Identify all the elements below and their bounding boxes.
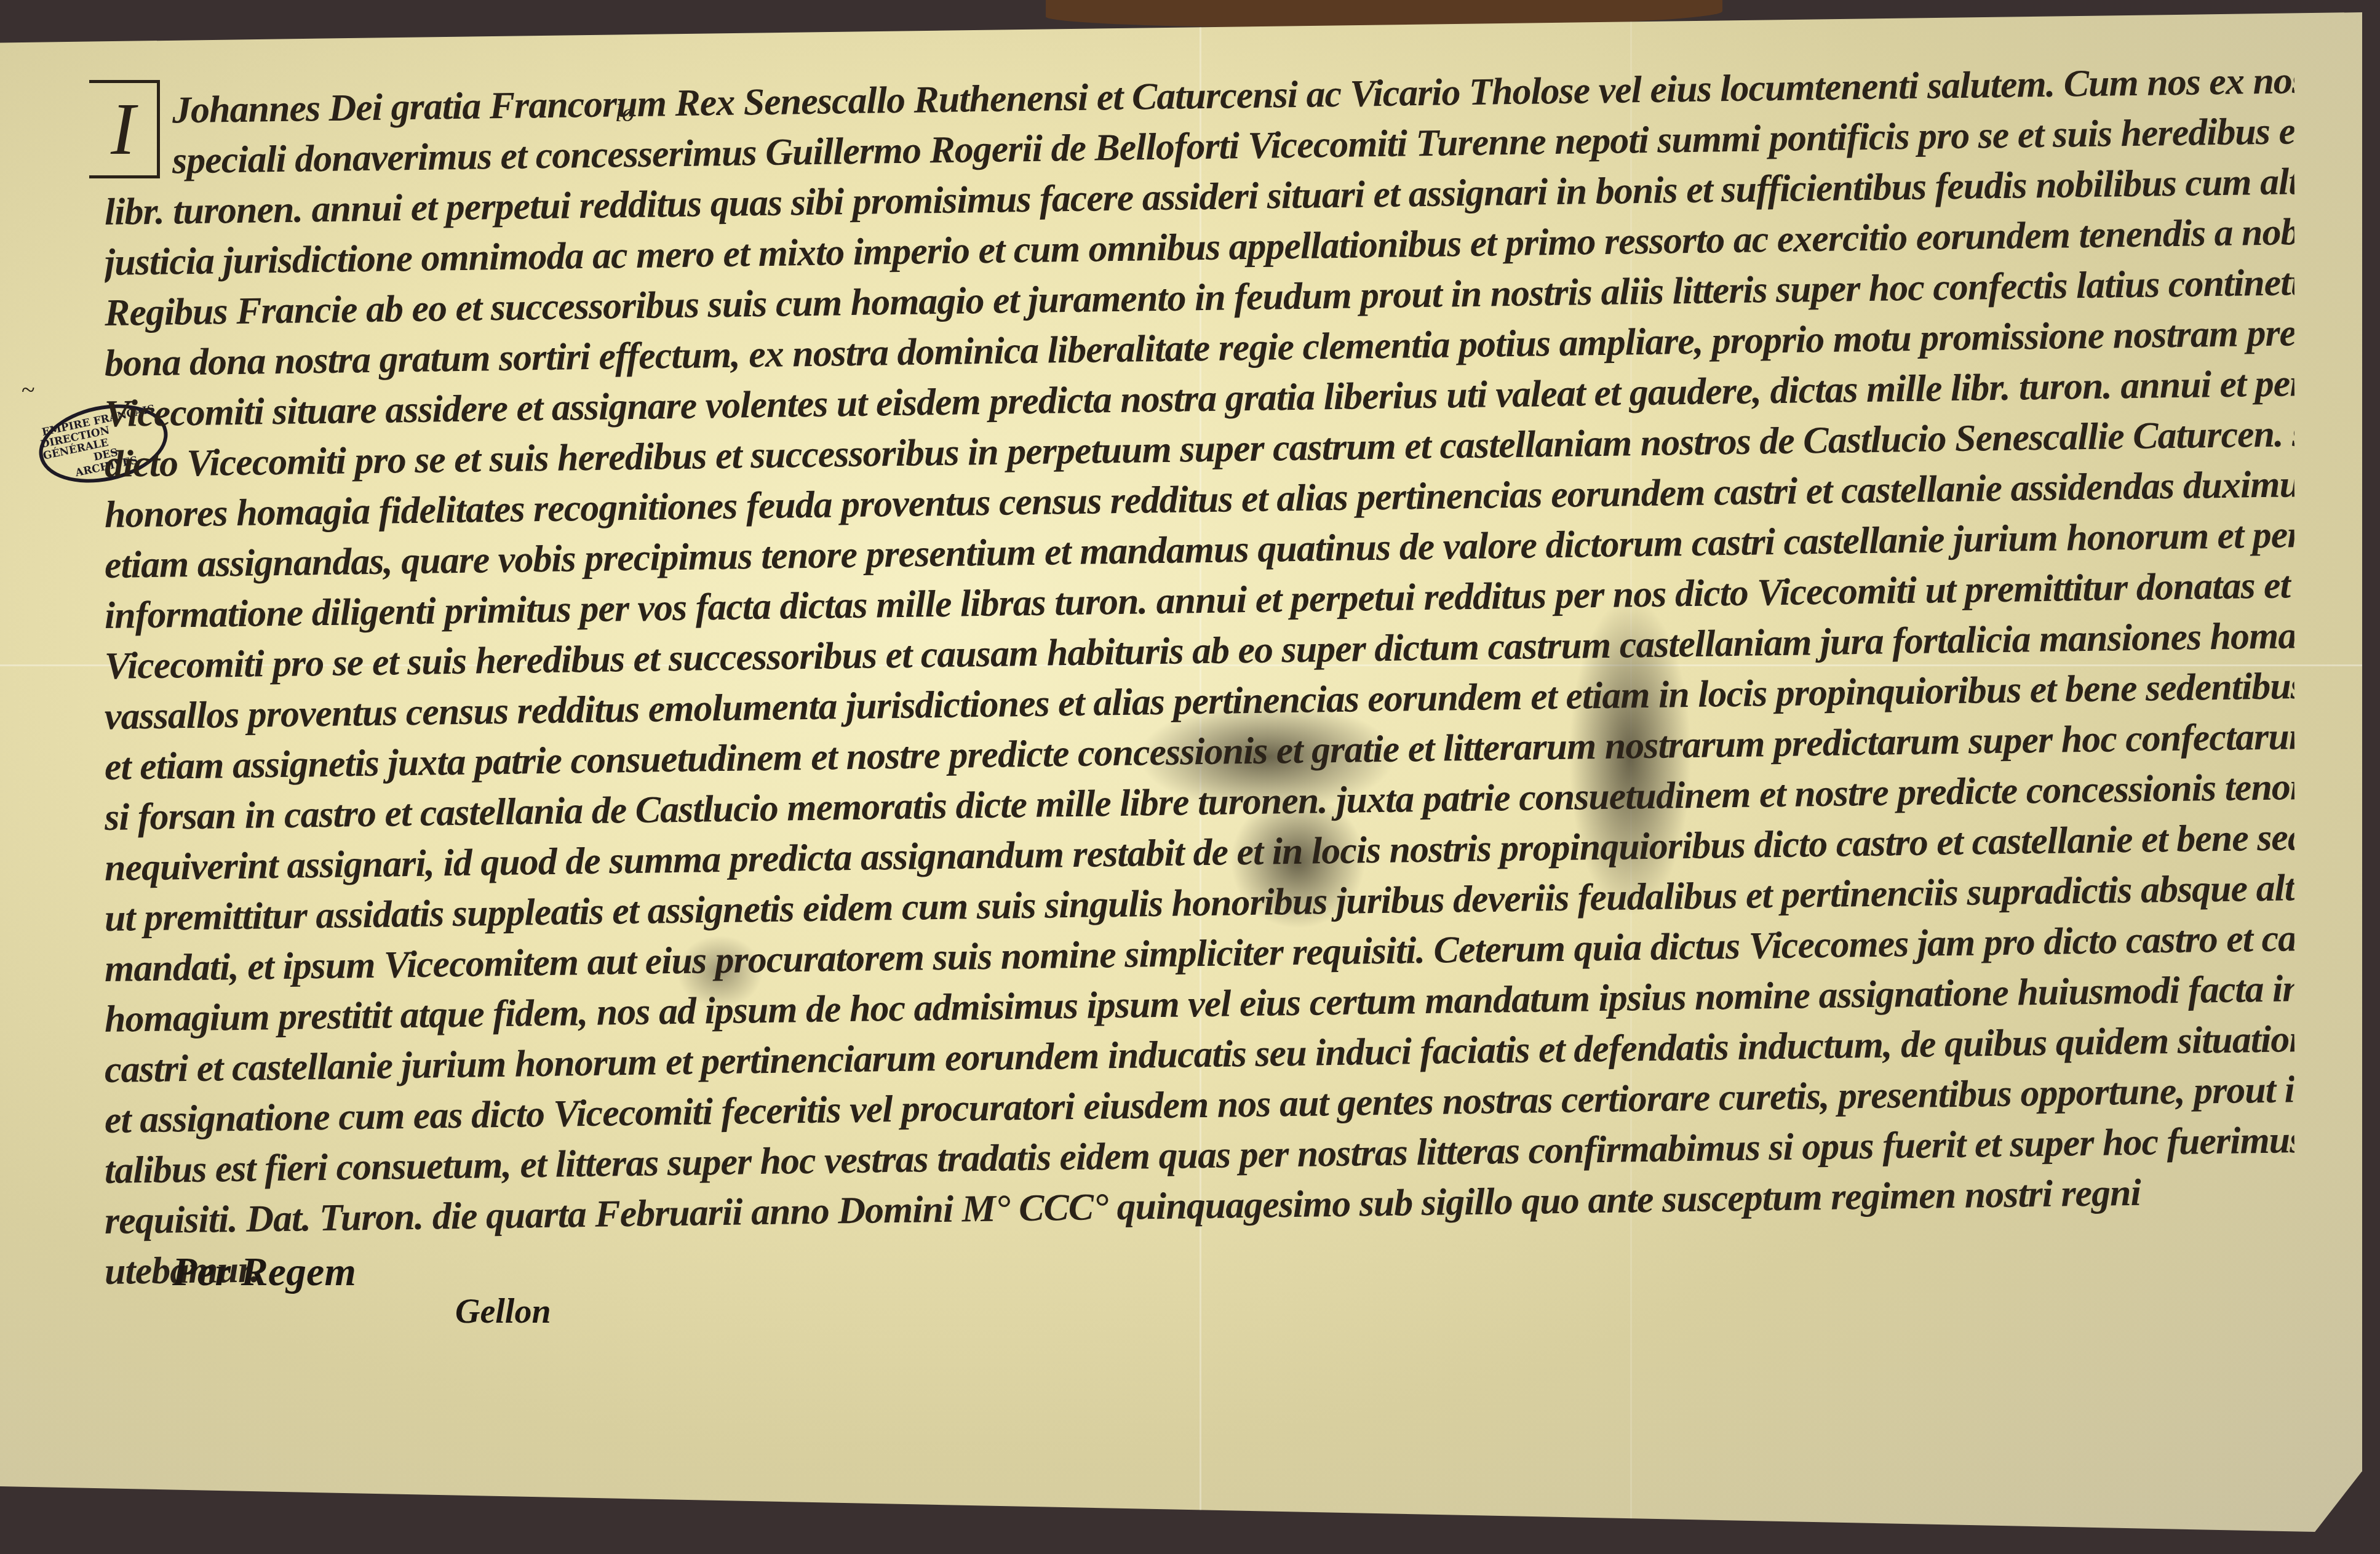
charter-text: Johannes Dei gratia Francorum Rex Senesc… [105, 86, 2294, 1297]
parchment-sheet: I lo ~ EMPIRE FRANÇAIS DIRECTION GÉNÉRAL… [0, 12, 2362, 1532]
signature-per-regem: Per Regem [172, 1249, 356, 1296]
signature-secretary: Gellon [455, 1292, 551, 1331]
margin-mark: ~ [22, 375, 35, 404]
